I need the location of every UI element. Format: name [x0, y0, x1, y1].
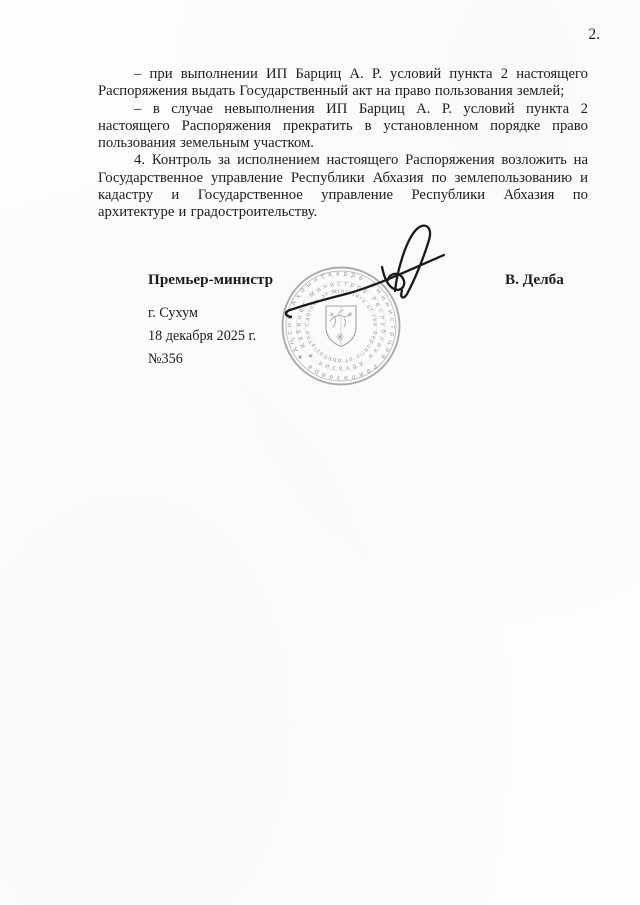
page-number: 2.	[460, 26, 600, 44]
body-line: пользования земельным участком.	[98, 135, 588, 152]
document-body: – при выполнении ИП Барциц А. Р. условий…	[98, 66, 588, 222]
seal-star-big: ✳	[336, 331, 345, 344]
body-line: Государственное управление Республики Аб…	[98, 170, 588, 187]
body-line: – при выполнении ИП Барциц А. Р. условий…	[98, 66, 588, 83]
signature-ink-icon	[278, 218, 458, 326]
signature-date: 18 декабря 2025 г.	[148, 328, 256, 345]
signature-city: г. Сухум	[148, 305, 198, 322]
body-line: – в случае невыполнения ИП Барциц А. Р. …	[98, 101, 588, 118]
body-line: Распоряжения выдать Государственный акт …	[98, 83, 588, 100]
body-line: 4. Контроль за исполнением настоящего Ра…	[98, 152, 588, 169]
handwritten-signature	[278, 218, 458, 326]
signer-post-title: Премьер-министр	[148, 271, 273, 289]
document-number: №356	[148, 351, 183, 368]
body-line: настоящего Распоряжения прекратить в уст…	[98, 118, 588, 135]
body-line: кадастру и Государственное управление Ре…	[98, 187, 588, 204]
signer-name: В. Делба	[505, 271, 564, 289]
document-page: 2. – при выполнении ИП Барциц А. Р. усло…	[0, 0, 640, 905]
